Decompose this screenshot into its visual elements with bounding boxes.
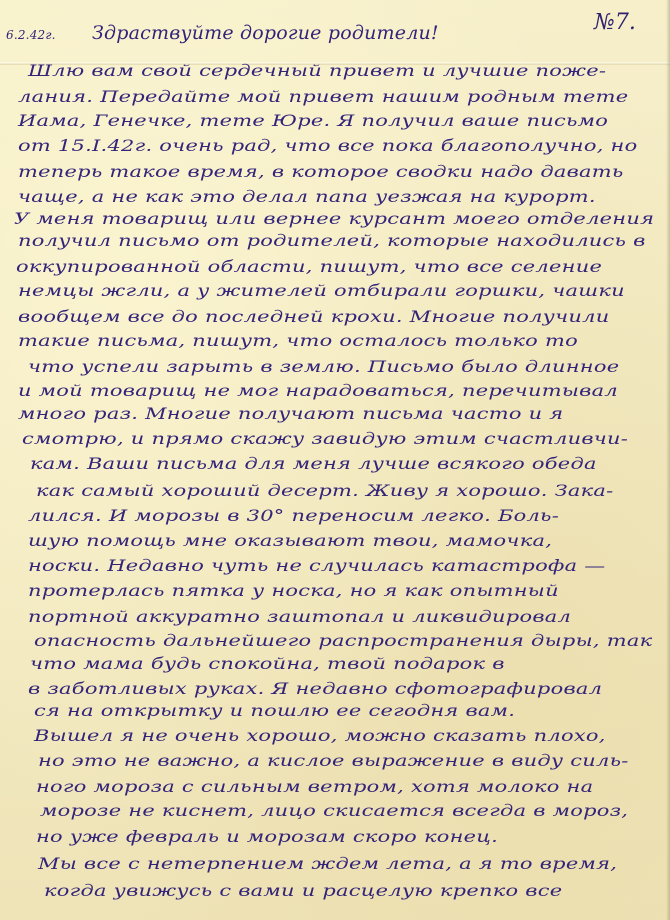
letter-line: что успели зарыть в землю. Письмо было д… <box>28 358 619 376</box>
letter-line: от 15.I.42г. очень рад, что все пока бла… <box>18 137 637 155</box>
letter-line: но это не важно, а кислое выражение в ви… <box>38 752 629 770</box>
paper-edge <box>666 0 670 920</box>
letter-line: лания. Передайте мой привет нашим родным… <box>18 88 628 106</box>
letter-line: Иама, Генечке, тете Юре. Я получил ваше … <box>18 112 608 130</box>
letter-line: и мой товарищ не мог нарадоваться, переч… <box>18 382 618 400</box>
letter-line: чаще, а не как это делал папа уезжая на … <box>18 188 596 206</box>
letter-line: смотрю, и прямо скажу завидую этим счаст… <box>22 430 628 448</box>
letter-line: оккупированной области, пишут, что все с… <box>16 258 602 276</box>
letter-line: немцы жгли, а у жителей отбирали горшки,… <box>18 282 625 300</box>
letter-line: морозе не киснет, лицо скисается всегда … <box>40 802 628 820</box>
letter-line: кам. Ваши письма для меня лучше всякого … <box>30 455 597 473</box>
letter-greeting: Здраствуйте дорогие родители! <box>92 22 439 44</box>
letter-line: опасность дальнейшего распространения ды… <box>34 632 652 650</box>
letter-page: 6.2.42г. Здраствуйте дорогие родители! №… <box>0 0 670 920</box>
letter-line: Шлю вам свой сердечный привет и лучшие п… <box>28 62 606 80</box>
letter-line: Вышел я не очень хорошо, можно сказать п… <box>34 727 606 745</box>
letter-line: шую помощь мне оказывают твои, мамочка, <box>28 532 552 550</box>
letter-line: У меня товарищ или вернее курсант моего … <box>14 210 654 228</box>
letter-line: такие письма, пишут, что осталось только… <box>18 332 578 350</box>
letter-line: протерлась пятка у носка, но я как опытн… <box>28 582 559 600</box>
letter-line: в заботливых руках. Я недавно сфотографи… <box>28 680 602 698</box>
letter-line: что мама будь спокойна, твой подарок в <box>30 655 505 673</box>
letter-line: ся на открытку и пошлю ее сегодня вам. <box>34 702 515 720</box>
letter-number: №7. <box>594 10 636 35</box>
letter-line: теперь такое время, в которое сводки над… <box>18 163 624 181</box>
letter-line: ного мороза с сильным ветром, хотя молок… <box>36 778 593 796</box>
letter-line: вообщем все до последней крохи. Многие п… <box>18 308 609 326</box>
letter-line: лился. И морозы в 30° переносим легко. Б… <box>28 507 559 525</box>
letter-line: когда увижусь с вами и расцелую крепко в… <box>44 882 562 900</box>
letter-line: носки. Недавно чуть не случилась катастр… <box>28 557 605 575</box>
letter-date: 6.2.42г. <box>6 28 56 42</box>
letter-line: портной аккуратно заштопал и ликвидирова… <box>28 608 571 626</box>
letter-line: но уже февраль и морозам скоро конец. <box>36 828 498 846</box>
letter-line: много раз. Многие получают письма часто … <box>18 405 563 423</box>
letter-line: как самый хороший десерт. Живу я хорошо.… <box>36 482 614 500</box>
letter-line: Мы все с нетерпением ждем лета, а я то в… <box>38 855 617 873</box>
letter-line: получил письмо от родителей, которые нах… <box>18 232 646 250</box>
